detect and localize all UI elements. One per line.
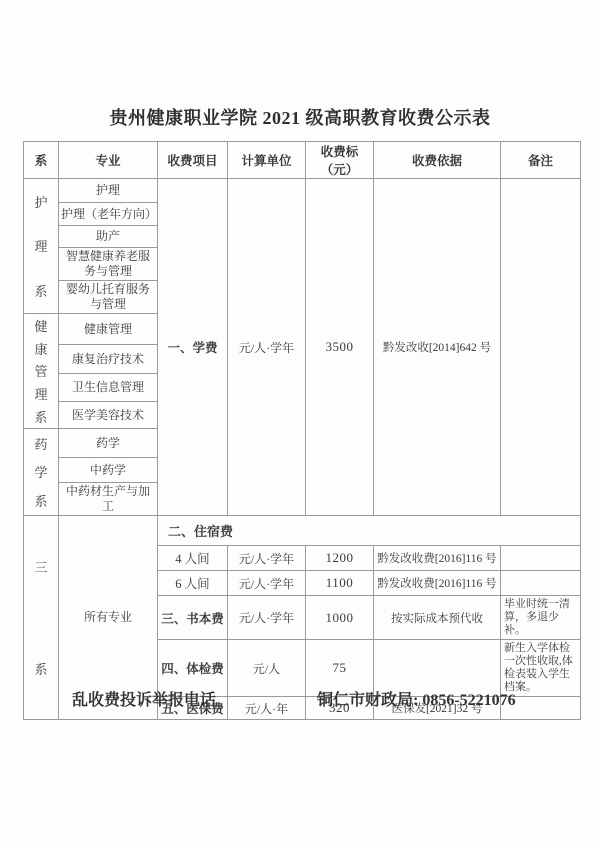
remark-cell (501, 179, 581, 516)
fee-item-cell: 4 人间 (158, 546, 228, 571)
major-cell: 康复治疗技术 (59, 345, 158, 374)
document-page: 贵州健康职业学院 2021 级高职教育收费公示表 系 专业 收费项目 计算单位 … (0, 0, 600, 848)
major-cell: 药学 (59, 429, 158, 458)
standard-cell: 1000 (306, 596, 374, 640)
dept-label-vertical: 护 理 系 (24, 179, 58, 313)
complaint-hotline-label: 乱收费投诉举报电话 (72, 687, 216, 710)
finance-bureau-phone: 铜仁市财政局: 0856-5221076 (317, 687, 516, 710)
table-header-row: 系 专业 收费项目 计算单位 收费标（元） 收费依据 备注 (24, 142, 581, 179)
header-basis: 收费依据 (374, 142, 501, 179)
header-remark: 备注 (501, 142, 581, 179)
dept-char: 药 (34, 434, 47, 453)
major-cell: 护理 (59, 179, 158, 203)
major-cell: 中药材生产与加工 (59, 483, 158, 516)
header-standard: 收费标（元） (306, 142, 374, 179)
basis-cell: 黔发改收费[2016]116 号 (374, 571, 501, 596)
dept-char: 健 (34, 316, 47, 335)
header-major: 专业 (59, 142, 158, 179)
dept-char: 护 (34, 192, 47, 211)
table-row: 三 系 所有专业 二、住宿费 (24, 516, 581, 546)
dept-cell-health-mgmt: 健 康 管 理 系 (24, 314, 59, 429)
standard-cell: 1200 (306, 546, 374, 571)
unit-cell: 元/人·学年 (228, 546, 306, 571)
major-cell: 护理（老年方向） (59, 203, 158, 226)
unit-cell: 元/人·学年 (228, 179, 306, 516)
footer: 乱收费投诉举报电话 铜仁市财政局: 0856-5221076 (0, 687, 600, 707)
dept-char: 系 (34, 659, 47, 678)
dept-char: 康 (34, 339, 47, 358)
fee-table: 系 专业 收费项目 计算单位 收费标（元） 收费依据 备注 护 理 系 护理 一… (23, 141, 581, 720)
fee-item-accommodation-header: 二、住宿费 (158, 516, 581, 546)
major-cell: 中药学 (59, 458, 158, 483)
header-unit: 计算单位 (228, 142, 306, 179)
fee-item-books: 三、书本费 (158, 596, 228, 640)
dept-char: 理 (34, 384, 47, 403)
dept-char: 三 (34, 557, 47, 576)
major-cell: 智慧健康养老服务与管理 (59, 248, 158, 281)
page-title: 贵州健康职业学院 2021 级高职教育收费公示表 (0, 104, 600, 130)
standard-cell: 1100 (306, 571, 374, 596)
basis-cell: 按实际成本预代收 (374, 596, 501, 640)
table-row: 护 理 系 护理 一、学费 元/人·学年 3500 黔发改收[2014]642 … (24, 179, 581, 203)
major-cell: 健康管理 (59, 314, 158, 345)
dept-cell-pharmacy: 药 学 系 (24, 429, 59, 516)
remark-cell (501, 571, 581, 596)
header-item: 收费项目 (158, 142, 228, 179)
dept-label-vertical: 健 康 管 理 系 (24, 314, 58, 428)
header-dept: 系 (24, 142, 59, 179)
dept-char: 学 (34, 462, 47, 481)
standard-cell: 3500 (306, 179, 374, 516)
fee-item-cell: 6 人间 (158, 571, 228, 596)
dept-cell-nursing: 护 理 系 (24, 179, 59, 314)
dept-char: 系 (34, 491, 47, 510)
dept-char: 系 (34, 407, 47, 426)
dept-char: 管 (34, 361, 47, 380)
major-cell: 婴幼儿托育服务与管理 (59, 281, 158, 314)
major-cell: 医学美容技术 (59, 402, 158, 429)
major-cell: 助产 (59, 226, 158, 248)
basis-cell: 黔发改收[2014]642 号 (374, 179, 501, 516)
remark-cell: 毕业时统一清算，多退少补。 (501, 596, 581, 640)
fee-item-tuition: 一、学费 (158, 179, 228, 516)
dept-char: 系 (34, 281, 47, 300)
unit-cell: 元/人·学年 (228, 596, 306, 640)
basis-cell: 黔发改收费[2016]116 号 (374, 546, 501, 571)
unit-cell: 元/人·学年 (228, 571, 306, 596)
dept-char: 理 (34, 236, 47, 255)
remark-cell (501, 546, 581, 571)
dept-label-vertical: 药 学 系 (24, 429, 58, 515)
major-cell: 卫生信息管理 (59, 374, 158, 402)
